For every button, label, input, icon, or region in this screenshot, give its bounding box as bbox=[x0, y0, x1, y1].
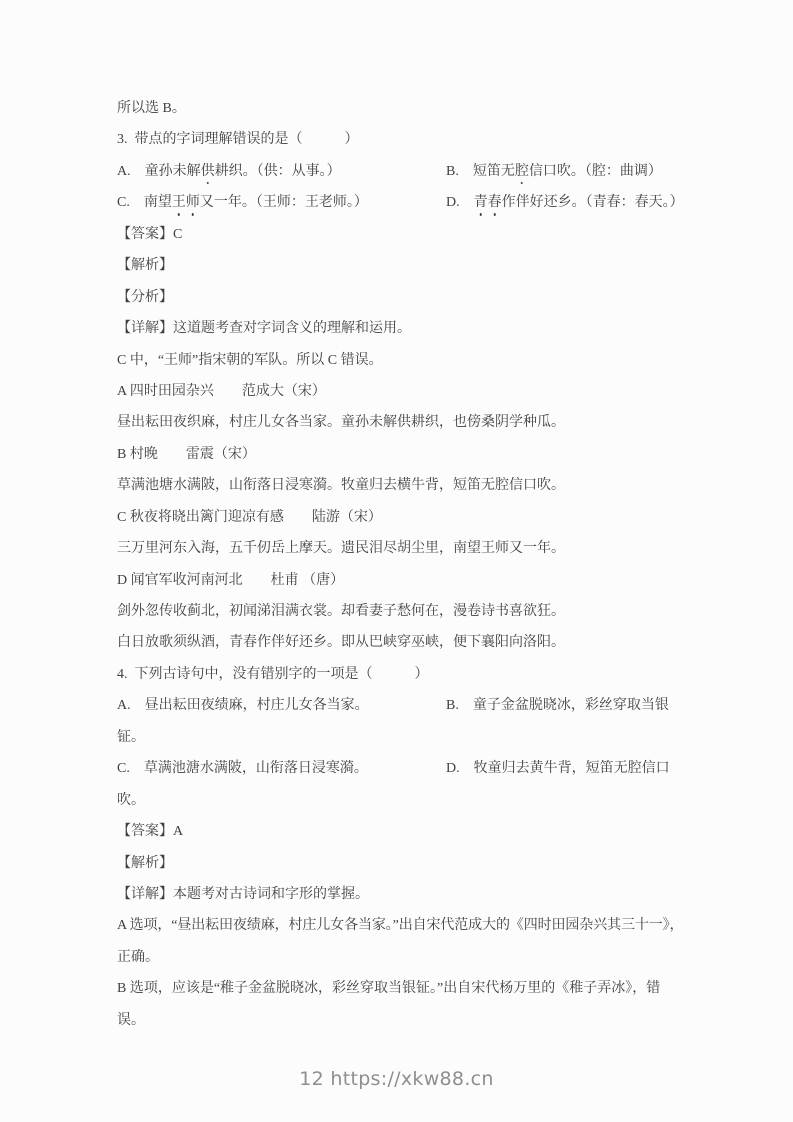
text-line: 【解析】 bbox=[117, 848, 683, 879]
text-line: C. 南望王师又一年。（王师：王老师。）D. 青春作伴好还乡。（青春：春天。） bbox=[117, 187, 683, 218]
emphasized-char: 王 bbox=[172, 187, 186, 218]
text-line: 钲。 bbox=[117, 722, 683, 753]
text-line: A. 昼出耘田夜绩麻，村庄儿女各当家。B. 童子金盆脱晓冰，彩丝穿取当银 bbox=[117, 690, 683, 721]
option-column: C. 草满池溏水满陂，山衔落日浸寒漪。 bbox=[117, 753, 368, 784]
line-text: 【解析】 bbox=[117, 258, 173, 273]
text-line: 【答案】A bbox=[117, 816, 683, 847]
emphasized-char: 青 bbox=[474, 187, 488, 218]
option-column: A. 童孙未解供耕织。（供：从事。） bbox=[117, 156, 341, 187]
line-text: B 村晚 雷震（宋） bbox=[117, 447, 256, 462]
line-text: 吹。 bbox=[117, 793, 145, 808]
text-line: A 选项，“昼出耘田夜绩麻，村庄儿女各当家。”出自宋代范成大的《四时田园杂兴其三… bbox=[117, 910, 683, 941]
option-column: B. 童子金盆脱晓冰，彩丝穿取当银 bbox=[446, 690, 669, 721]
line-text: 所以选 B。 bbox=[117, 101, 186, 116]
line-text: A 四时田园杂兴 范成大（宋） bbox=[117, 384, 326, 399]
text-line: 所以选 B。 bbox=[117, 93, 683, 124]
line-text: 【答案】A bbox=[117, 824, 183, 839]
line-text: 正确。 bbox=[117, 950, 159, 965]
text-line: 【答案】C bbox=[117, 219, 683, 250]
line-text: A 选项，“昼出耘田夜绩麻，村庄儿女各当家。”出自宋代范成大的《四时田园杂兴其三… bbox=[117, 918, 683, 933]
option-column: D. 青春作伴好还乡。（青春：春天。） bbox=[446, 187, 684, 218]
text-line: B 村晚 雷震（宋） bbox=[117, 439, 683, 470]
line-text: 钲。 bbox=[117, 730, 145, 745]
text-line: 4. 下列古诗句中，没有错别字的一项是（ ） bbox=[117, 659, 683, 690]
page-footer: 12 https://xkw88.cn bbox=[0, 1066, 793, 1092]
line-text: 误。 bbox=[117, 1013, 145, 1028]
line-text: B 选项，应该是“稚子金盆脱晓冰，彩丝穿取当银钲。”出自宋代杨万里的《稚子弄冰》… bbox=[117, 981, 660, 996]
text-line: 【分析】 bbox=[117, 282, 683, 313]
text-line: C. 草满池溏水满陂，山衔落日浸寒漪。D. 牧童归去黄牛背，短笛无腔信口 bbox=[117, 753, 683, 784]
text-line: B 选项，应该是“稚子金盆脱晓冰，彩丝穿取当银钲。”出自宋代杨万里的《稚子弄冰》… bbox=[117, 973, 683, 1004]
emphasized-char: 师 bbox=[186, 187, 200, 218]
text-line: 误。 bbox=[117, 1005, 683, 1036]
option-column: D. 牧童归去黄牛背，短笛无腔信口 bbox=[446, 753, 670, 784]
text-line: A. 童孙未解供耕织。（供：从事。）B. 短笛无腔信口吹。（腔：曲调） bbox=[117, 156, 683, 187]
emphasized-char: 春 bbox=[488, 187, 502, 218]
document-content: 所以选 B。3. 带点的字词理解错误的是（ ）A. 童孙未解供耕织。（供：从事。… bbox=[117, 93, 683, 1036]
text-line: 【详解】本题考对古诗词和字形的掌握。 bbox=[117, 879, 683, 910]
text-line: 白日放歌须纵酒，青春作伴好还乡。即从巴峡穿巫峡，便下襄阳向洛阳。 bbox=[117, 627, 683, 658]
emphasized-char: 腔 bbox=[515, 156, 529, 187]
line-text: C 秋夜将晓出篱门迎凉有感 陆游（宋） bbox=[117, 510, 382, 525]
text-line: 3. 带点的字词理解错误的是（ ） bbox=[117, 124, 683, 155]
line-text: 3. 带点的字词理解错误的是（ ） bbox=[117, 132, 359, 147]
watermark-url: 12 https://xkw88.cn bbox=[299, 1068, 494, 1090]
line-text: 草满池塘水满陂，山衔落日浸寒漪。牧童归去横牛背，短笛无腔信口吹。 bbox=[117, 478, 565, 493]
text-line: 吹。 bbox=[117, 785, 683, 816]
option-column: B. 短笛无腔信口吹。（腔：曲调） bbox=[446, 156, 662, 187]
text-line: 【详解】这道题考查对字词含义的理解和运用。 bbox=[117, 313, 683, 344]
page: 所以选 B。3. 带点的字词理解错误的是（ ）A. 童孙未解供耕织。（供：从事。… bbox=[0, 0, 793, 1122]
text-line: 【解析】 bbox=[117, 250, 683, 281]
option-column: A. 昼出耘田夜绩麻，村庄儿女各当家。 bbox=[117, 690, 369, 721]
text-line: 正确。 bbox=[117, 942, 683, 973]
line-text: 【分析】 bbox=[117, 290, 173, 305]
text-line: 剑外忽传收蓟北，初闻涕泪满衣裳。却看妻子愁何在，漫卷诗书喜欲狂。 bbox=[117, 596, 683, 627]
line-text: 【答案】C bbox=[117, 227, 182, 242]
line-text: 【详解】本题考对古诗词和字形的掌握。 bbox=[117, 887, 369, 902]
line-text: 昼出耘田夜织麻，村庄儿女各当家。童孙未解供耕织，也傍桑阴学种瓜。 bbox=[117, 415, 565, 430]
text-line: D 闻官军收河南河北 杜甫 （唐） bbox=[117, 565, 683, 596]
text-line: 昼出耘田夜织麻，村庄儿女各当家。童孙未解供耕织，也傍桑阴学种瓜。 bbox=[117, 407, 683, 438]
text-line: C 秋夜将晓出篱门迎凉有感 陆游（宋） bbox=[117, 502, 683, 533]
text-line: 三万里河东入海，五千仞岳上摩天。遗民泪尽胡尘里，南望王师又一年。 bbox=[117, 533, 683, 564]
text-line: C 中，“王师”指宋朝的军队。所以 C 错误。 bbox=[117, 345, 683, 376]
emphasized-char: 供 bbox=[201, 156, 215, 187]
line-text: 【详解】这道题考查对字词含义的理解和运用。 bbox=[117, 321, 411, 336]
text-line: 草满池塘水满陂，山衔落日浸寒漪。牧童归去横牛背，短笛无腔信口吹。 bbox=[117, 470, 683, 501]
text-line: A 四时田园杂兴 范成大（宋） bbox=[117, 376, 683, 407]
line-text: 白日放歌须纵酒，青春作伴好还乡。即从巴峡穿巫峡，便下襄阳向洛阳。 bbox=[117, 635, 565, 650]
line-text: 4. 下列古诗句中，没有错别字的一项是（ ） bbox=[117, 667, 429, 682]
line-text: 剑外忽传收蓟北，初闻涕泪满衣裳。却看妻子愁何在，漫卷诗书喜欲狂。 bbox=[117, 604, 565, 619]
line-text: 三万里河东入海，五千仞岳上摩天。遗民泪尽胡尘里，南望王师又一年。 bbox=[117, 541, 565, 556]
line-text: D 闻官军收河南河北 杜甫 （唐） bbox=[117, 573, 344, 588]
line-text: 【解析】 bbox=[117, 856, 173, 871]
option-column: C. 南望王师又一年。（王师：王老师。） bbox=[117, 187, 368, 218]
line-text: C 中，“王师”指宋朝的军队。所以 C 错误。 bbox=[117, 353, 383, 368]
